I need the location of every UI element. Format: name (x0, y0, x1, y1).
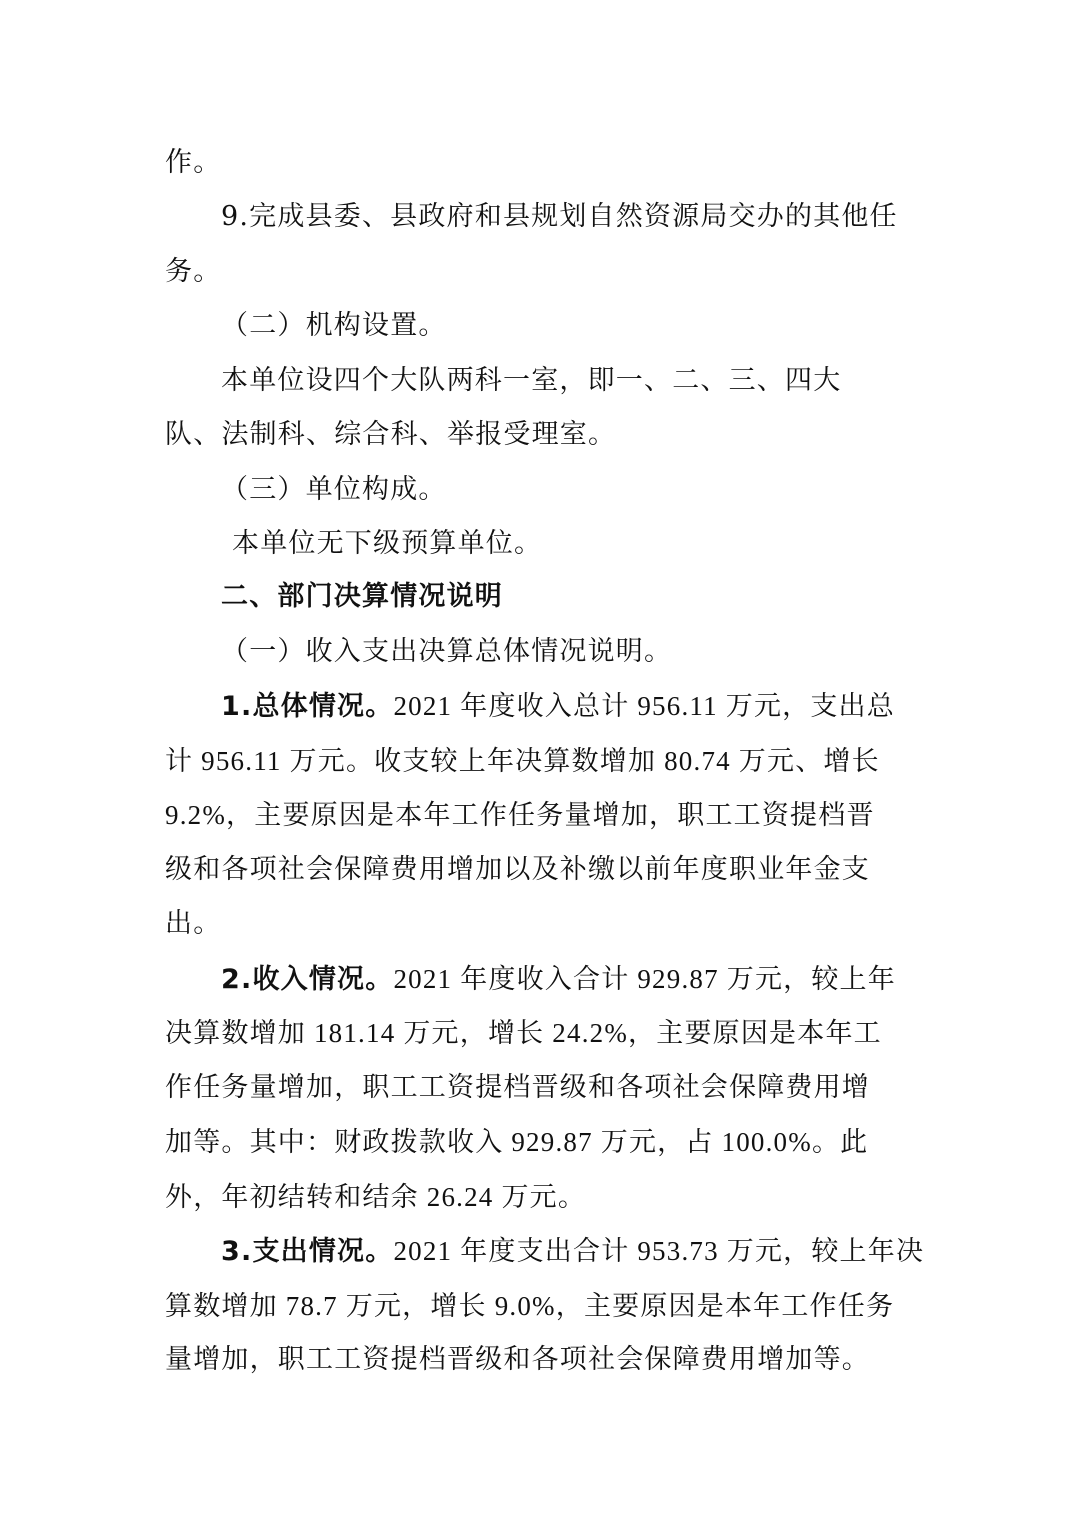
section-heading-composition: （三）单位构成。 (221, 473, 447, 507)
paragraph-overall-line-5: 出。 (165, 907, 221, 941)
paragraph-text: 2021 年度收入合计 929.87 万元，较上年 (393, 964, 896, 994)
document-page: 作。 9.完成县委、县政府和县规划自然资源局交办的其他任 务。 （二）机构设置。… (0, 0, 1075, 1521)
paragraph-organization: 本单位设四个大队两科一室，即一、二、三、四大 (221, 364, 841, 398)
section-heading-overview: （一）收入支出决算总体情况说明。 (221, 635, 672, 669)
paragraph-income-line-3: 作任务量增加，职工工资提档晋级和各项社会保障费用增 (165, 1071, 870, 1105)
paragraph-text: 2021 年度收入总计 956.11 万元，支出总 (393, 691, 895, 721)
paragraph-overall-line-4: 级和各项社会保障费用增加以及补缴以前年度职业年金支 (165, 853, 870, 887)
section-heading-organization: （二）机构设置。 (221, 309, 447, 343)
paragraph-lead-expenditure: 3.支出情况。 (221, 1236, 393, 1267)
paragraph-income: 2.收入情况。2021 年度收入合计 929.87 万元，较上年 (221, 962, 896, 997)
list-item-9-continued: 务。 (165, 255, 221, 289)
chapter-heading-final-accounts: 二、部门决算情况说明 (221, 580, 503, 614)
paragraph-overall-line-2: 计 956.11 万元。收支较上年决算数增加 80.74 万元、增长 (165, 744, 880, 778)
paragraph-text: 2021 年度支出合计 953.73 万元，较上年决 (393, 1236, 924, 1266)
paragraph-income-line-5: 外，年初结转和结余 26.24 万元。 (165, 1180, 586, 1214)
paragraph-overall-line-3: 9.2%，主要原因是本年工作任务量增加，职工工资提档晋 (165, 798, 875, 832)
paragraph-lead-income: 2.收入情况。 (221, 964, 393, 995)
paragraph-lead-overall: 1.总体情况。 (221, 691, 393, 722)
paragraph-composition: 本单位无下级预算单位。 (232, 527, 542, 561)
paragraph-organization-continued: 队、法制科、综合科、举报受理室。 (165, 418, 616, 452)
paragraph-expenditure-line-3: 量增加，职工工资提档晋级和各项社会保障费用增加等。 (165, 1343, 870, 1377)
paragraph-expenditure: 3.支出情况。2021 年度支出合计 953.73 万元，较上年决 (221, 1234, 924, 1269)
paragraph-income-line-2: 决算数增加 181.14 万元，增长 24.2%，主要原因是本年工 (165, 1016, 882, 1050)
paragraph-expenditure-line-2: 算数增加 78.7 万元，增长 9.0%，主要原因是本年工作任务 (165, 1289, 894, 1323)
paragraph-income-line-4: 加等。其中：财政拨款收入 929.87 万元，占 100.0%。此 (165, 1125, 868, 1159)
paragraph-continuation: 作。 (165, 146, 221, 180)
paragraph-overall: 1.总体情况。2021 年度收入总计 956.11 万元，支出总 (221, 689, 895, 724)
list-item-9: 9.完成县委、县政府和县规划自然资源局交办的其他任 (221, 200, 898, 234)
